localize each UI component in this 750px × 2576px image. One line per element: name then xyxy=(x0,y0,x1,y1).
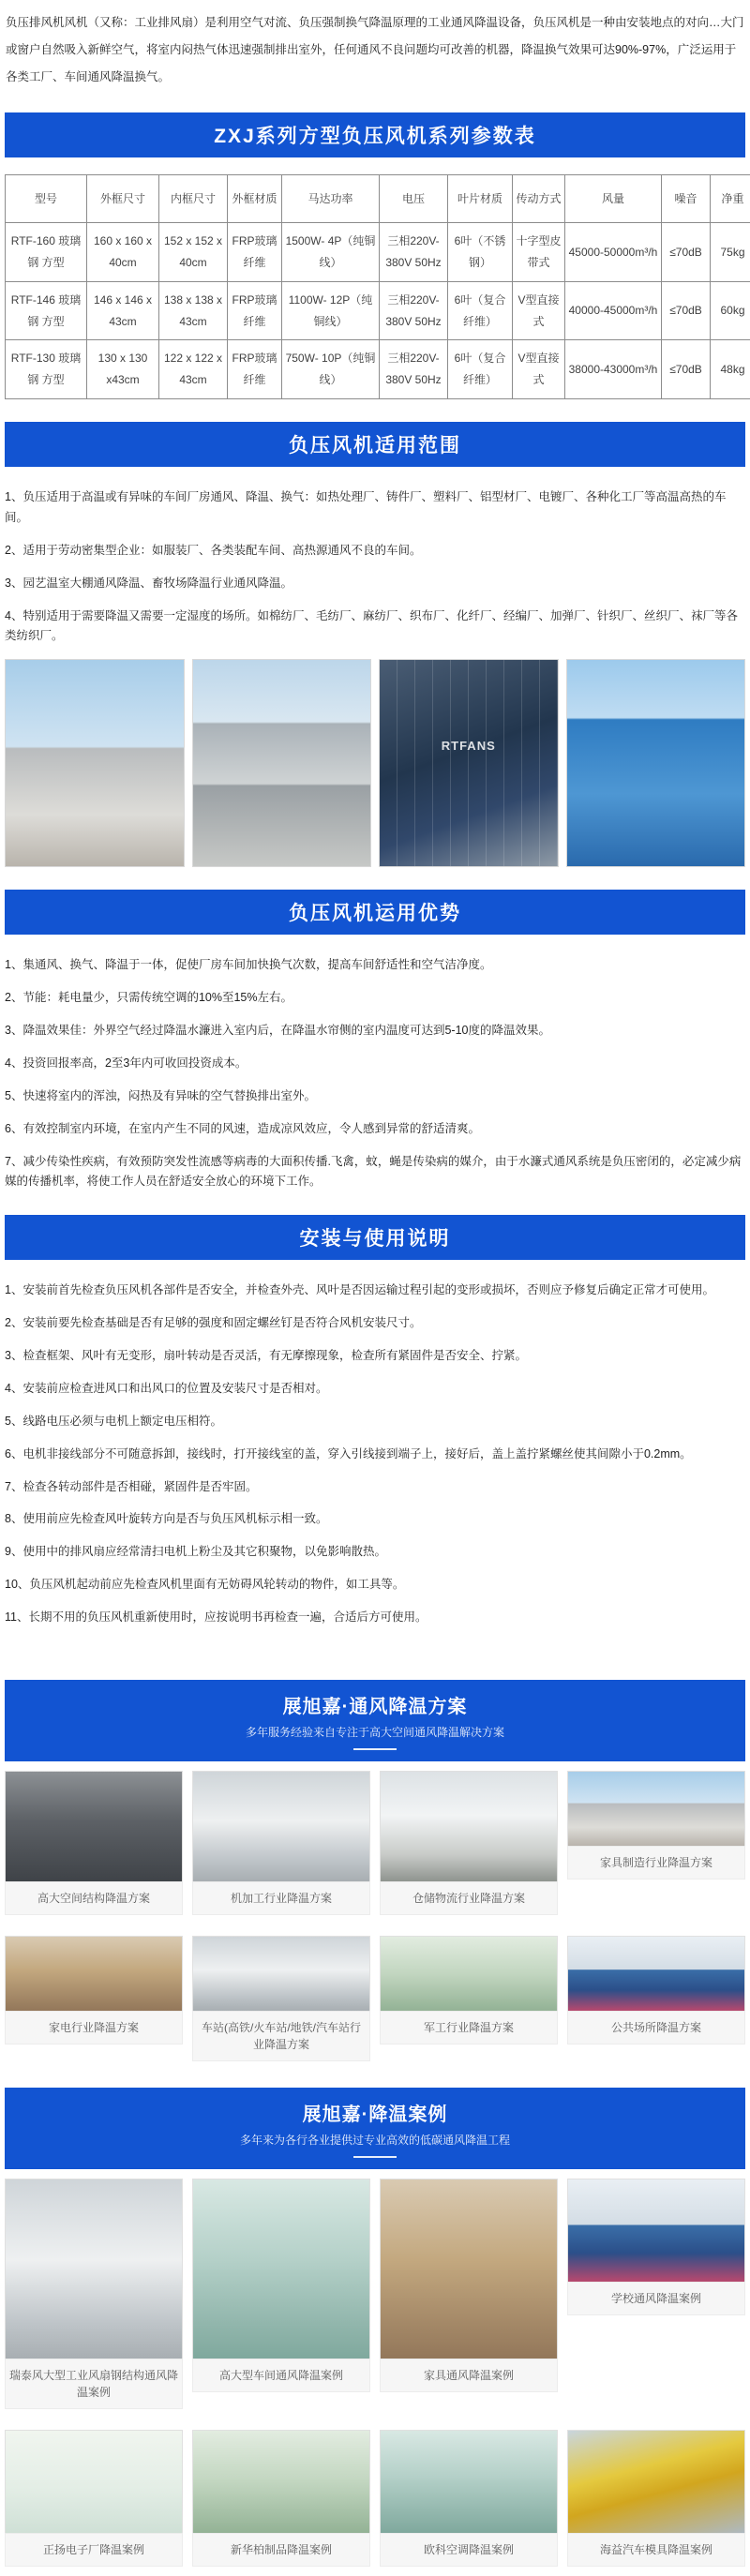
advantages-list: 1、集通风、换气、降温于一体，促使厂房车间加快换气次数，提高车间舒适性和空气洁净… xyxy=(5,955,745,1192)
solution-card-caption: 公共场所降温方案 xyxy=(567,2011,745,2044)
spec-cell: V型直接式 xyxy=(513,281,565,340)
solution-card-caption: 机加工行业降温方案 xyxy=(192,1881,370,1915)
instruction-list-item: 10、负压风机起动前应先检查风机里面有无妨碍风轮转动的物件，如工具等。 xyxy=(5,1575,745,1595)
application-list-item: 2、适用于劳动密集型企业：如服装厂、各类装配车间、高热源通风不良的车间。 xyxy=(5,541,745,562)
application-list-item: 1、负压适用于高温或有异味的车间厂房通风、降温、换气：如热处理厂、铸件厂、塑料厂… xyxy=(5,487,745,529)
solution-card: 仓储物流行业降温方案 xyxy=(380,1771,558,1915)
spec-table-body: RTF-160 玻璃钢 方型160 x 160 x 40cm152 x 152 … xyxy=(6,223,750,399)
spec-column-header: 型号 xyxy=(6,175,87,223)
instruction-list-item: 8、使用前应先检查风叶旋转方向是否与负压风机标示相一致。 xyxy=(5,1509,745,1530)
case-card-caption: 高大型车间通风降温案例 xyxy=(192,2359,370,2392)
spec-cell: 6叶（复合纤维） xyxy=(448,340,513,399)
intro-paragraph: 负压排风机风机（又称：工业排风扇）是利用空气对流、负压强制换气降温原理的工业通风… xyxy=(5,7,745,90)
cases-subtitle: 多年来为各行各业提供过专业高效的低碳通风降温工程 xyxy=(5,2132,745,2148)
spec-cell: 160 x 160 x 40cm xyxy=(87,223,159,282)
spec-cell: ≤70dB xyxy=(662,223,711,282)
cases-section-header: 展旭嘉·降温案例 多年来为各行各业提供过专业高效的低碳通风降温工程 xyxy=(5,2088,745,2169)
advantage-list-item: 6、有效控制室内环境，在室内产生不同的风速，造成凉风效应，令人感到异常的舒适清爽… xyxy=(5,1119,745,1140)
spec-cell: 75kg xyxy=(711,223,750,282)
advantage-list-item: 3、降温效果佳：外界空气经过降温水濂进入室内后，在降温水帘侧的室内温度可达到5-… xyxy=(5,1021,745,1041)
solution-card-image xyxy=(192,1936,370,2011)
spec-cell: 138 x 138 x 43cm xyxy=(159,281,228,340)
application-list-item: 3、园艺温室大棚通风降温、畜牧场降温行业通风降温。 xyxy=(5,574,745,594)
solution-card: 机加工行业降温方案 xyxy=(192,1771,370,1915)
spec-cell: ≤70dB xyxy=(662,340,711,399)
application-banner: 负压风机适用范围 xyxy=(5,422,745,467)
solution-card: 公共场所降温方案 xyxy=(567,1936,745,2061)
solution-card-image xyxy=(380,1771,558,1881)
case-card: 瑞泰风大型工业风扇钢结构通风降温案例 xyxy=(5,2179,183,2409)
instruction-list-item: 4、安装前应检查进风口和出风口的位置及安装尺寸是否相对。 xyxy=(5,1379,745,1400)
case-card-caption: 瑞泰风大型工业风扇钢结构通风降温案例 xyxy=(5,2359,183,2409)
spec-cell: 6叶（复合纤维） xyxy=(448,281,513,340)
spec-cell: 十字型皮带式 xyxy=(513,223,565,282)
gallery-photo xyxy=(566,659,746,867)
case-card: 高大型车间通风降温案例 xyxy=(192,2179,370,2409)
instruction-list-item: 9、使用中的排风扇应经常清扫电机上粉尘及其它积聚物，以免影响散热。 xyxy=(5,1542,745,1563)
case-card-caption: 学校通风降温案例 xyxy=(567,2282,745,2315)
product-detail-page: 负压排风机风机（又称：工业排风扇）是利用空气对流、负压强制换气降温原理的工业通风… xyxy=(0,0,750,2576)
case-card: 学校通风降温案例 xyxy=(567,2179,745,2409)
spec-cell: 三相220V-380V 50Hz xyxy=(380,281,448,340)
spec-cell: 750W- 10P（纯铜线） xyxy=(282,340,380,399)
case-card-image xyxy=(192,2179,370,2359)
solution-card-image xyxy=(567,1936,745,2011)
instruction-list-item: 1、安装前首先检查负压风机各部件是否安全，并检查外壳、风叶是否因运输过程引起的变… xyxy=(5,1281,745,1301)
advantage-list-item: 4、投资回报率高，2至3年内可收回投资成本。 xyxy=(5,1054,745,1074)
spec-cell: 122 x 122 x 43cm xyxy=(159,340,228,399)
spec-table: 型号外框尺寸内框尺寸外框材质马达功率电压叶片材质传动方式风量噪音净重 RTF-1… xyxy=(5,174,750,399)
case-card: 欧科空调降温案例 xyxy=(380,2430,558,2567)
solutions-title: 展旭嘉·通风降温方案 xyxy=(5,1691,745,1718)
spec-cell: 60kg xyxy=(711,281,750,340)
solution-card: 家电行业降温方案 xyxy=(5,1936,183,2061)
case-card-image xyxy=(567,2430,745,2533)
spec-cell: 40000-45000m³/h xyxy=(565,281,662,340)
spec-cell: RTF-160 玻璃钢 方型 xyxy=(6,223,87,282)
instructions-list: 1、安装前首先检查负压风机各部件是否安全，并检查外壳、风叶是否因运输过程引起的变… xyxy=(5,1281,745,1628)
spec-column-header: 外框材质 xyxy=(228,175,282,223)
instruction-list-item: 2、安装前要先检查基础是否有足够的强度和固定螺丝钉是否符合风机安装尺寸。 xyxy=(5,1313,745,1334)
spec-header-row: 型号外框尺寸内框尺寸外框材质马达功率电压叶片材质传动方式风量噪音净重 xyxy=(6,175,750,223)
divider-line xyxy=(353,2156,397,2158)
spec-column-header: 内框尺寸 xyxy=(159,175,228,223)
case-card-image xyxy=(380,2179,558,2359)
solution-card-image xyxy=(380,1936,558,2011)
instruction-list-item: 11、长期不用的负压风机重新使用时，应按说明书再检查一遍，合适后方可使用。 xyxy=(5,1608,745,1628)
instruction-list-item: 5、线路电压必须与电机上额定电压相符。 xyxy=(5,1412,745,1432)
case-card-caption: 新华柏制品降温案例 xyxy=(192,2533,370,2567)
spec-column-header: 叶片材质 xyxy=(448,175,513,223)
application-list: 1、负压适用于高温或有异味的车间厂房通风、降温、换气：如热处理厂、铸件厂、塑料厂… xyxy=(5,487,745,647)
cases-title: 展旭嘉·降温案例 xyxy=(5,2099,745,2126)
solution-card-image xyxy=(5,1936,183,2011)
case-card-image xyxy=(567,2179,745,2282)
spec-cell: 130 x 130 x43cm xyxy=(87,340,159,399)
solution-card: 家具制造行业降温方案 xyxy=(567,1771,745,1915)
solution-card-image xyxy=(5,1771,183,1881)
photo-gallery: RTFANS xyxy=(5,659,745,867)
spec-cell: RTF-130 玻璃钢 方型 xyxy=(6,340,87,399)
case-card: 正扬电子厂降温案例 xyxy=(5,2430,183,2567)
spec-cell: 152 x 152 x 40cm xyxy=(159,223,228,282)
instruction-list-item: 6、电机非接线部分不可随意拆卸，接线时，打开接线室的盖，穿入引线接到端子上，接好… xyxy=(5,1445,745,1465)
spec-column-header: 传动方式 xyxy=(513,175,565,223)
instruction-list-item: 3、检查框架、风叶有无变形，扇叶转动是否灵活，有无摩擦现象，检查所有紧固件是否安… xyxy=(5,1346,745,1367)
case-card-image xyxy=(5,2179,183,2359)
advantages-banner: 负压风机运用优势 xyxy=(5,890,745,935)
spec-row: RTF-146 玻璃钢 方型146 x 146 x 43cm138 x 138 … xyxy=(6,281,750,340)
spec-cell: 146 x 146 x 43cm xyxy=(87,281,159,340)
case-card-caption: 正扬电子厂降温案例 xyxy=(5,2533,183,2567)
spec-cell: FRP玻璃纤维 xyxy=(228,223,282,282)
solution-card-image xyxy=(192,1771,370,1881)
spec-cell: 三相220V-380V 50Hz xyxy=(380,223,448,282)
case-card-image xyxy=(192,2430,370,2533)
solution-card-image xyxy=(567,1771,745,1846)
spec-cell: 1100W- 12P（纯铜线） xyxy=(282,281,380,340)
spec-row: RTF-160 玻璃钢 方型160 x 160 x 40cm152 x 152 … xyxy=(6,223,750,282)
case-card-caption: 家具通风降温案例 xyxy=(380,2359,558,2392)
spec-column-header: 马达功率 xyxy=(282,175,380,223)
solution-card-caption: 车站(高铁/火车站/地铁/汽车站行业降温方案 xyxy=(192,2011,370,2061)
case-card-caption: 欧科空调降温案例 xyxy=(380,2533,558,2567)
spec-cell: FRP玻璃纤维 xyxy=(228,340,282,399)
spec-column-header: 净重 xyxy=(711,175,750,223)
instructions-banner: 安装与使用说明 xyxy=(5,1215,745,1260)
solution-card-caption: 仓储物流行业降温方案 xyxy=(380,1881,558,1915)
spec-row: RTF-130 玻璃钢 方型130 x 130 x43cm122 x 122 x… xyxy=(6,340,750,399)
solution-card: 高大空间结构降温方案 xyxy=(5,1771,183,1915)
spec-cell: FRP玻璃纤维 xyxy=(228,281,282,340)
advantage-list-item: 1、集通风、换气、降温于一体，促使厂房车间加快换气次数，提高车间舒适性和空气洁净… xyxy=(5,955,745,976)
spec-cell: 45000-50000m³/h xyxy=(565,223,662,282)
solution-card-caption: 军工行业降温方案 xyxy=(380,2011,558,2044)
spec-cell: 6叶（不锈钢） xyxy=(448,223,513,282)
spec-table-banner: ZXJ系列方型负压风机系列参数表 xyxy=(5,112,745,157)
solutions-grid: 高大空间结构降温方案 机加工行业降温方案 仓储物流行业降温方案 家具制造行业降温… xyxy=(5,1771,745,2061)
solutions-section-header: 展旭嘉·通风降温方案 多年服务经验来自专注于高大空间通风降温解决方案 xyxy=(5,1680,745,1761)
spec-cell: ≤70dB xyxy=(662,281,711,340)
advantage-list-item: 7、减少传染性疾病，有效预防突发性流感等病毒的大面积传播.飞禽，蚊，蝇是传染病的… xyxy=(5,1152,745,1193)
advantage-list-item: 5、快速将室内的浑浊，闷热及有异味的空气替换排出室外。 xyxy=(5,1086,745,1107)
case-card-image xyxy=(380,2430,558,2533)
spec-cell: 48kg xyxy=(711,340,750,399)
case-card: 家具通风降温案例 xyxy=(380,2179,558,2409)
case-card-caption: 海益汽车模具降温案例 xyxy=(567,2533,745,2567)
case-card: 新华柏制品降温案例 xyxy=(192,2430,370,2567)
solution-card-caption: 家具制造行业降温方案 xyxy=(567,1846,745,1880)
solution-card: 车站(高铁/火车站/地铁/汽车站行业降温方案 xyxy=(192,1936,370,2061)
solution-card: 军工行业降温方案 xyxy=(380,1936,558,2061)
case-card-image xyxy=(5,2430,183,2533)
spec-column-header: 噪音 xyxy=(662,175,711,223)
gallery-photo xyxy=(5,659,185,867)
solution-card-caption: 家电行业降温方案 xyxy=(5,2011,183,2044)
spec-cell: V型直接式 xyxy=(513,340,565,399)
spec-cell: 1500W- 4P（纯铜线） xyxy=(282,223,380,282)
instruction-list-item: 7、检查各转动部件是否相碰，紧固件是否牢固。 xyxy=(5,1477,745,1498)
spec-cell: RTF-146 玻璃钢 方型 xyxy=(6,281,87,340)
application-list-item: 4、特别适用于需要降温又需要一定湿度的场所。如棉纺厂、毛纺厂、麻纺厂、织布厂、化… xyxy=(5,607,745,648)
gallery-photo: RTFANS xyxy=(379,659,559,867)
solutions-subtitle: 多年服务经验来自专注于高大空间通风降温解决方案 xyxy=(5,1724,745,1740)
gallery-photo xyxy=(192,659,372,867)
solution-card-caption: 高大空间结构降温方案 xyxy=(5,1881,183,1915)
spec-column-header: 风量 xyxy=(565,175,662,223)
divider-line xyxy=(353,1748,397,1750)
spec-cell: 38000-43000m³/h xyxy=(565,340,662,399)
spec-cell: 三相220V-380V 50Hz xyxy=(380,340,448,399)
spec-column-header: 电压 xyxy=(380,175,448,223)
advantage-list-item: 2、节能：耗电量少，只需传统空调的10%至15%左右。 xyxy=(5,988,745,1009)
cases-grid: 瑞泰风大型工业风扇钢结构通风降温案例 高大型车间通风降温案例 家具通风降温案例 … xyxy=(5,2179,745,2567)
spec-column-header: 外框尺寸 xyxy=(87,175,159,223)
photo-watermark: RTFANS xyxy=(442,739,496,753)
case-card: 海益汽车模具降温案例 xyxy=(567,2430,745,2567)
